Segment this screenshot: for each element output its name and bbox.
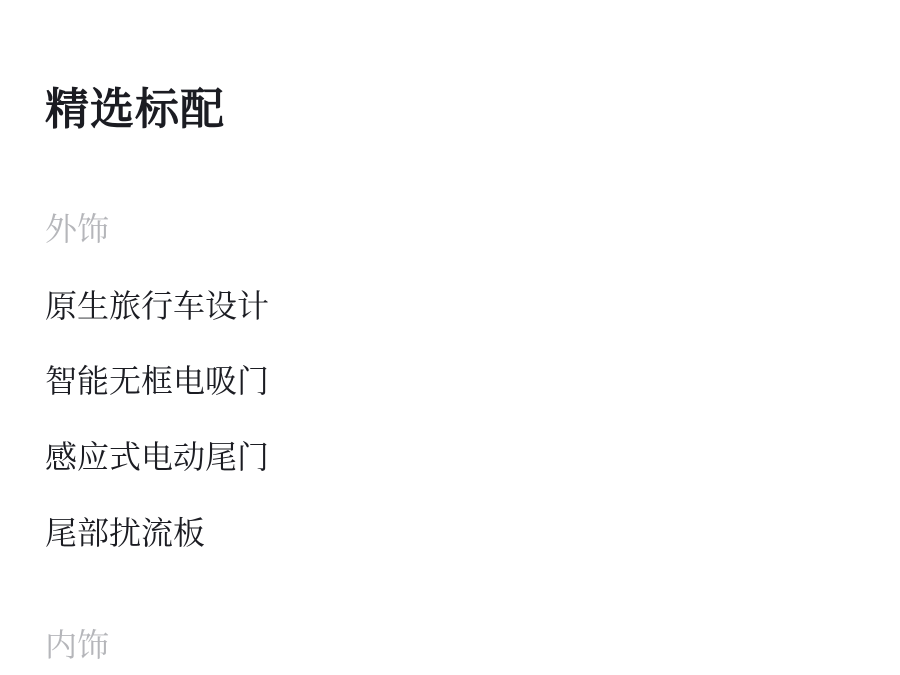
config-item-rear-spoiler: 尾部扰流板 [45, 517, 205, 549]
config-item-wagon-design: 原生旅行车设计 [45, 290, 269, 322]
page-title: 精选标配 [45, 88, 225, 132]
config-item-frameless-doors: 智能无框电吸门 [45, 365, 269, 397]
config-item-power-tailgate: 感应式电动尾门 [45, 441, 269, 473]
section-label-exterior: 外饰 [45, 213, 109, 245]
section-label-interior: 内饰 [45, 629, 109, 661]
standard-config-panel: 精选标配 外饰 原生旅行车设计 智能无框电吸门 感应式电动尾门 尾部扰流板 内饰 [0, 0, 900, 675]
